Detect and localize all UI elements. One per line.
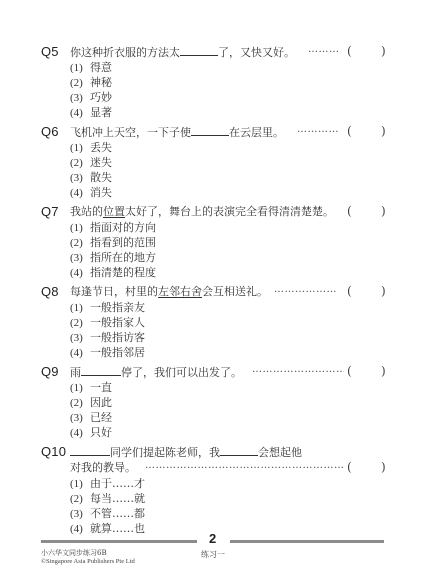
question-number: Q10: [41, 444, 66, 459]
option-number: (2): [70, 396, 90, 411]
option-text: 指所在的地方: [90, 251, 156, 264]
option: (3)散失: [70, 170, 112, 185]
stem-text: 你这种折衣服的方法太: [70, 46, 180, 59]
stem-text: 太好了，舞台上的表演完全看得清清楚楚。: [125, 205, 334, 218]
leader-dots: ……………………………………………………: [145, 460, 344, 471]
option: (1)一般指亲友: [70, 300, 145, 315]
option: (2)神秘: [70, 75, 112, 90]
answer-bracket-left: (: [347, 204, 352, 218]
leader-dots: ………………………: [252, 364, 344, 375]
option-text: 就算……也: [90, 522, 145, 535]
option: (1)得意: [70, 60, 112, 75]
option-text: 得意: [90, 61, 112, 74]
option: (2)迷失: [70, 155, 112, 170]
question-stem: 雨停了，我们可以出发了。: [70, 364, 242, 380]
option-text: 不管……都: [90, 507, 145, 520]
option: (1)由于……才: [70, 476, 145, 491]
answer-bracket-right[interactable]: ): [381, 284, 386, 298]
option: (4)就算……也: [70, 521, 145, 536]
option-number: (2): [70, 316, 90, 331]
option-text: 巧妙: [90, 91, 112, 104]
option: (2)指看到的范围: [70, 235, 156, 250]
option-number: (3): [70, 171, 90, 186]
option: (4)消失: [70, 185, 112, 200]
question-number: Q5: [41, 44, 59, 59]
section-label: 练习一: [201, 549, 225, 560]
option: (4)显著: [70, 105, 112, 120]
option-number: (2): [70, 236, 90, 251]
option-text: 一般指访客: [90, 331, 145, 344]
question-number: Q7: [41, 204, 59, 219]
option: (1)一直: [70, 380, 112, 395]
option-text: 散失: [90, 171, 112, 184]
question-stem: 我站的位置太好了，舞台上的表演完全看得清清楚楚。: [70, 204, 334, 219]
option-number: (1): [70, 221, 90, 236]
option-number: (4): [70, 186, 90, 201]
question-stem-line2: 对我的教导。: [70, 460, 136, 475]
option-number: (1): [70, 381, 90, 396]
option-text: 一般指亲友: [90, 301, 145, 314]
leader-dots: …………: [297, 124, 343, 135]
option: (3)一般指访客: [70, 330, 145, 345]
option-text: 每当……就: [90, 492, 145, 505]
leader-dots: ………: [308, 44, 344, 55]
answer-blank: [81, 364, 121, 376]
answer-bracket-left: (: [347, 44, 352, 58]
option: (1)丢失: [70, 140, 112, 155]
underlined-word: 位置: [103, 205, 125, 218]
option-number: (1): [70, 301, 90, 316]
question-stem: 每逢节日，村里的左邻右舍会互相送礼。: [70, 284, 268, 299]
stem-text: 停了，我们可以出发了。: [121, 366, 242, 379]
answer-blank: [191, 124, 229, 136]
copyright: ©Singapore Asia Publishers Pte Ltd: [41, 558, 135, 565]
options-list: (1)一直 (2)因此 (3)已经 (4)只好: [70, 380, 112, 440]
answer-bracket-right[interactable]: ): [381, 460, 386, 474]
answer-bracket-left: (: [347, 460, 352, 474]
question-stem: 同学们提起陈老师，我会想起他: [70, 444, 302, 460]
stem-text: 飞机冲上天空，一下子使: [70, 126, 191, 139]
question-number: Q6: [41, 124, 59, 139]
options-list: (1)指面对的方向 (2)指看到的范围 (3)指所在的地方 (4)指清楚的程度: [70, 220, 156, 280]
option: (2)每当……就: [70, 491, 145, 506]
option: (2)因此: [70, 395, 112, 410]
stem-text: 了，又快又好。: [218, 46, 295, 59]
option-number: (4): [70, 522, 90, 537]
book-title: 小六华文同步练习6B: [41, 548, 107, 558]
option-text: 已经: [90, 411, 112, 424]
option-number: (2): [70, 156, 90, 171]
option-number: (4): [70, 106, 90, 121]
answer-bracket-right[interactable]: ): [381, 44, 386, 58]
option-number: (3): [70, 507, 90, 522]
option-text: 由于……才: [90, 477, 145, 490]
stem-text: 在云层里。: [229, 126, 284, 139]
option-text: 一般指邻居: [90, 346, 145, 359]
option-text: 只好: [90, 426, 112, 439]
options-list: (1)得意 (2)神秘 (3)巧妙 (4)显著: [70, 60, 112, 120]
stem-text: 会想起他: [258, 446, 302, 459]
option: (3)巧妙: [70, 90, 112, 105]
question-stem: 你这种折衣服的方法太了，又快又好。: [70, 44, 295, 60]
option-number: (3): [70, 91, 90, 106]
option-number: (4): [70, 346, 90, 361]
question-number: Q8: [41, 284, 59, 299]
answer-bracket-left: (: [347, 364, 352, 378]
answer-blank: [180, 44, 218, 56]
footer-rule-right: [230, 540, 384, 543]
option: (2)一般指家人: [70, 315, 145, 330]
option-text: 指看到的范围: [90, 236, 156, 249]
option: (3)已经: [70, 410, 112, 425]
stem-text: 每逢节日，村里的: [70, 285, 158, 298]
option-number: (2): [70, 492, 90, 507]
option-number: (4): [70, 426, 90, 441]
option-number: (4): [70, 266, 90, 281]
stem-text: 会互相送礼。: [202, 285, 268, 298]
answer-bracket-left: (: [347, 124, 352, 138]
option-text: 丢失: [90, 141, 112, 154]
option: (4)指清楚的程度: [70, 265, 156, 280]
answer-bracket-right[interactable]: ): [381, 364, 386, 378]
option-number: (3): [70, 251, 90, 266]
option-number: (1): [70, 141, 90, 156]
option: (3)不管……都: [70, 506, 145, 521]
option: (3)指所在的地方: [70, 250, 156, 265]
option-number: (3): [70, 331, 90, 346]
option: (4)一般指邻居: [70, 345, 145, 360]
options-list: (1)一般指亲友 (2)一般指家人 (3)一般指访客 (4)一般指邻居: [70, 300, 145, 360]
option: (4)只好: [70, 425, 112, 440]
underlined-word: 左邻右舍: [158, 285, 202, 298]
option-text: 因此: [90, 396, 112, 409]
option-text: 消失: [90, 186, 112, 199]
question-number: Q9: [41, 364, 59, 379]
page-number: 2: [209, 531, 216, 546]
option-text: 指清楚的程度: [90, 266, 156, 279]
answer-blank: [220, 444, 258, 456]
option-number: (1): [70, 61, 90, 76]
answer-blank: [70, 444, 110, 456]
option-text: 一直: [90, 381, 112, 394]
options-list: (1)由于……才 (2)每当……就 (3)不管……都 (4)就算……也: [70, 476, 145, 536]
answer-bracket-left: (: [347, 284, 352, 298]
option-number: (3): [70, 411, 90, 426]
stem-text: 雨: [70, 366, 81, 379]
option-text: 显著: [90, 106, 112, 119]
question-stem: 飞机冲上天空，一下子使在云层里。: [70, 124, 284, 140]
option-text: 迷失: [90, 156, 112, 169]
option-number: (1): [70, 477, 90, 492]
answer-bracket-right[interactable]: ): [381, 124, 386, 138]
leader-dots: ………………: [274, 284, 344, 295]
option: (1)指面对的方向: [70, 220, 156, 235]
footer-rule-left: [41, 540, 197, 543]
option-text: 一般指家人: [90, 316, 145, 329]
stem-text: 同学们提起陈老师，我: [110, 446, 220, 459]
option-text: 神秘: [90, 76, 112, 89]
answer-bracket-right[interactable]: ): [381, 204, 386, 218]
option-number: (2): [70, 76, 90, 91]
options-list: (1)丢失 (2)迷失 (3)散失 (4)消失: [70, 140, 112, 200]
stem-text: 我站的: [70, 205, 103, 218]
option-text: 指面对的方向: [90, 221, 156, 234]
